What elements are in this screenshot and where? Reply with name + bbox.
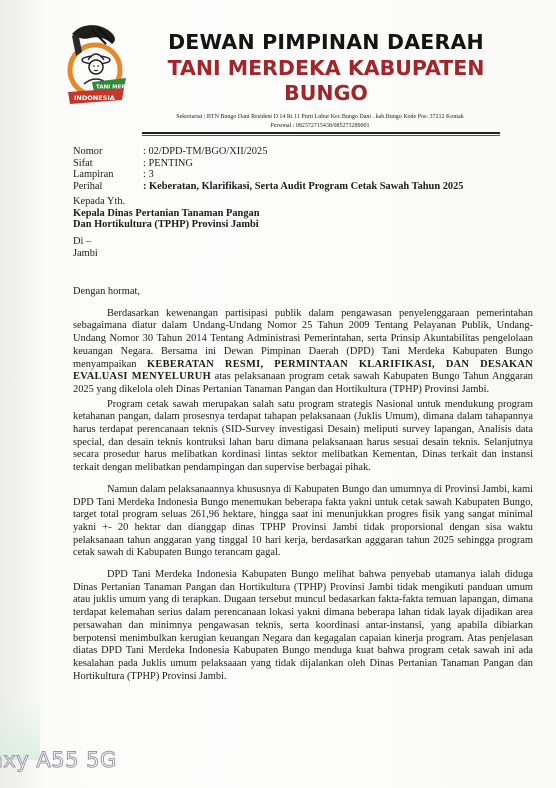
meta-row-lampiran: Lampiran : 3: [73, 169, 464, 181]
meta-row-nomor: Nomor : 02/DPD-TM/BGO/XII/2025: [73, 146, 464, 158]
place-line-2: Jambi: [73, 248, 98, 260]
recipient-line-2: Dan Hortikultura (TPHP) Provinsi Jambi: [73, 219, 260, 231]
paragraph-2: Program cetak sawah merupakan salah satu…: [73, 399, 533, 475]
meta-label: Perihal: [73, 181, 143, 193]
meta-label: Nomor: [73, 146, 143, 158]
recipient-block: Kepada Yth. Kepala Dinas Pertanian Tanam…: [73, 196, 260, 231]
destination-place: Di – Jambi: [73, 236, 98, 259]
paragraph-3: Namun dalam pelaksanaannya khususnya di …: [73, 484, 533, 560]
meta-value: : 02/DPD-TM/BGO/XII/2025: [143, 146, 267, 158]
meta-label: Lampiran: [73, 169, 143, 181]
letter-meta-block: Nomor : 02/DPD-TM/BGO/XII/2025 Sifat : P…: [73, 146, 464, 193]
contact-line: Personal : 082372715438/085273289001: [140, 122, 500, 131]
letterhead: TANI MERDEKA INDONESIA DEWAN PIMPINAN DA…: [0, 0, 556, 140]
org-title-line-3: BUNGO: [162, 83, 490, 105]
meta-value: : PENTING: [143, 158, 193, 170]
paragraph-1: Berdasarkan kewenangan partisipasi publi…: [73, 308, 533, 397]
scanned-letter-page: TANI MERDEKA INDONESIA DEWAN PIMPINAN DA…: [0, 0, 556, 788]
place-line-1: Di –: [73, 236, 98, 248]
salutation: Dengan hormat,: [73, 286, 533, 299]
org-title-line-2: TANI MERDEKA KABUPATEN: [162, 58, 490, 83]
recipient-greeting: Kepada Yth.: [73, 196, 125, 207]
org-title-line-1: DEWAN PIMPINAN DAERAH: [162, 32, 490, 58]
svg-text:INDONESIA: INDONESIA: [74, 94, 115, 102]
tani-merdeka-logo-icon: TANI MERDEKA INDONESIA: [62, 22, 132, 106]
meta-value-subject: : Keberatan, Klarifikasi, Serta Audit Pr…: [143, 181, 464, 193]
secretariat-address: Sekretariat : BTN Bungo Dani Resident D …: [140, 113, 500, 131]
address-line: Sekretariat : BTN Bungo Dani Resident D …: [140, 113, 500, 122]
letterhead-divider-thin: [142, 135, 500, 136]
meta-label: Sifat: [73, 158, 143, 170]
meta-row-perihal: Perihal : Keberatan, Klarifikasi, Serta …: [73, 181, 464, 193]
meta-row-sifat: Sifat : PENTING: [73, 158, 464, 170]
meta-value: : 3: [143, 169, 154, 181]
recipient-line-1: Kepala Dinas Pertanian Tanaman Pangan: [73, 208, 260, 220]
letter-body: Dengan hormat, Berdasarkan kewenangan pa…: [73, 286, 533, 692]
organization-title: DEWAN PIMPINAN DAERAH TANI MERDEKA KABUP…: [150, 32, 490, 105]
camera-watermark: axy A55 5G: [0, 748, 117, 772]
paragraph-4: DPD Tani Merdeka Indonesia Kabupaten Bun…: [73, 569, 533, 683]
letterhead-divider: [142, 132, 500, 134]
